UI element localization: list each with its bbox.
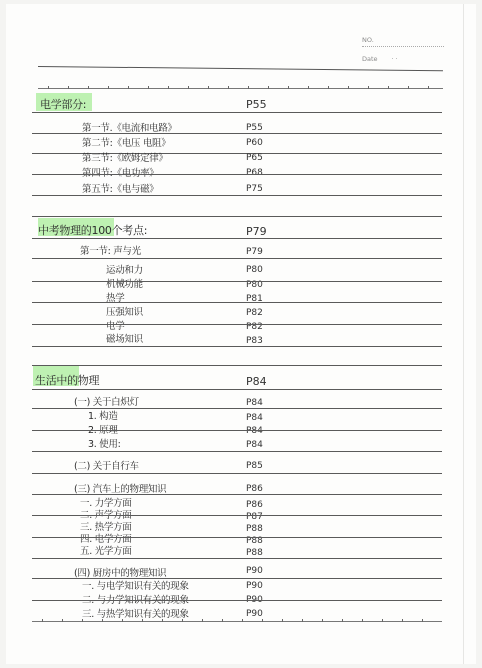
toc-page: P79 — [246, 247, 263, 257]
rule — [32, 558, 442, 559]
toc-item: (四) 厨房中的物理知识 — [74, 565, 166, 579]
toc-item: 第三节:《欧姆定律》 — [82, 150, 168, 164]
toc-page: P55 — [246, 123, 263, 133]
section-title-electricity: 电学部分: — [40, 96, 86, 112]
toc-item: 3. 使用: — [88, 436, 121, 450]
toc-item: 2. 原理 — [88, 422, 118, 436]
tick-rule-bottom — [32, 621, 442, 622]
section-page: P84 — [246, 375, 267, 388]
toc-item: 第二节:《电压 电阻》 — [82, 135, 170, 149]
toc-item: (二) 关于自行车 — [74, 458, 139, 472]
rule — [32, 537, 442, 538]
rule — [32, 238, 442, 239]
toc-page: P84 — [246, 413, 263, 423]
toc-item: 磁场知识 — [106, 331, 143, 345]
page-meta: NO. Date· · — [362, 36, 374, 48]
date-field: Date· · — [362, 55, 398, 63]
rule — [32, 258, 442, 259]
rule — [32, 515, 442, 516]
toc-page: P84 — [246, 426, 263, 436]
toc-page: P84 — [246, 398, 263, 408]
rule — [32, 451, 442, 452]
toc-item: 电学 — [106, 318, 124, 332]
rule — [32, 302, 442, 303]
toc-item: 第一节: 声与光 — [80, 243, 141, 257]
toc-page: P90 — [246, 609, 263, 619]
toc-page: P83 — [246, 336, 263, 346]
toc-page: P68 — [246, 168, 263, 178]
toc-page: P65 — [246, 153, 263, 163]
rule — [32, 473, 442, 474]
section-page: P55 — [246, 98, 267, 111]
toc-item: 二. 与力学知识有关的现象 — [82, 592, 189, 606]
toc-page: P80 — [246, 265, 263, 275]
toc-page: P90 — [246, 566, 263, 576]
tick-rule-top — [38, 88, 443, 89]
toc-page: P86 — [246, 500, 263, 510]
toc-page: P90 — [246, 581, 263, 591]
no-dotted-line — [362, 46, 444, 47]
toc-page: P84 — [246, 440, 263, 450]
toc-item: 机械功能 — [106, 276, 143, 290]
rule — [32, 281, 442, 282]
rule — [32, 133, 442, 134]
toc-page: P88 — [246, 524, 263, 534]
toc-item: (三) 汽车上的物理知识 — [74, 481, 166, 495]
toc-page: P85 — [246, 461, 263, 471]
toc-page: P82 — [246, 308, 263, 318]
section-title-100-points: 中考物理的100个考点: — [38, 222, 147, 238]
section-title-life-physics: 生活中的物理 — [35, 372, 99, 388]
toc-page: P88 — [246, 548, 263, 558]
toc-item: 第四节:《电功率》 — [82, 165, 159, 179]
date-separators: · · — [392, 55, 398, 63]
page-edge — [463, 4, 464, 664]
toc-page: P75 — [246, 184, 263, 194]
toc-item: 压强知识 — [106, 304, 143, 318]
toc-item: 第一节.《电流和电路》 — [82, 120, 177, 134]
rule — [32, 174, 442, 175]
toc-item: 三. 与热学知识有关的现象 — [82, 606, 189, 620]
toc-item: 1. 构造 — [88, 408, 118, 422]
rule — [32, 112, 442, 113]
rule — [32, 195, 442, 196]
rule — [32, 600, 442, 601]
toc-page: P60 — [246, 138, 263, 148]
toc-item: 运动和力 — [106, 262, 143, 276]
toc-page: P86 — [246, 484, 263, 494]
rule — [32, 365, 442, 366]
section-page: P79 — [246, 225, 267, 238]
rule — [32, 389, 442, 390]
toc-item: (一) 关于白炽灯 — [74, 394, 139, 408]
toc-item: 第五节:《电与磁》 — [82, 181, 159, 195]
rule — [32, 430, 442, 431]
toc-item: 五. 光学方面 — [80, 543, 131, 557]
toc-item: 一. 与电学知识有关的现象 — [82, 578, 189, 592]
rule — [32, 346, 442, 347]
rule — [32, 216, 442, 217]
date-label: Date — [362, 55, 378, 63]
toc-page: P87 — [246, 512, 263, 522]
rule — [32, 324, 442, 325]
